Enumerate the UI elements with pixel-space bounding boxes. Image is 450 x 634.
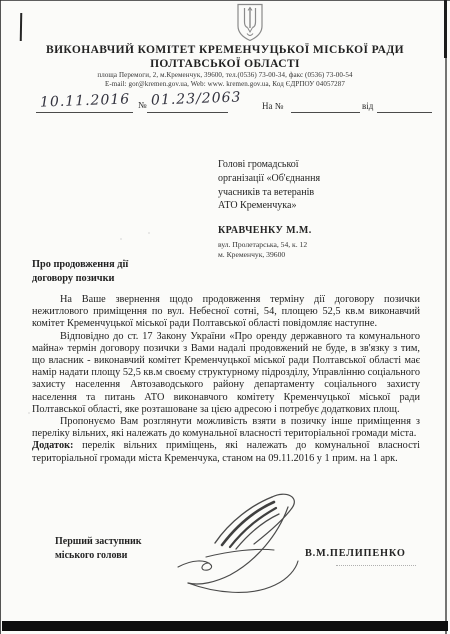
org-name-line2: ПОЛТАВСЬКОЇ ОБЛАСТІ bbox=[0, 57, 450, 71]
date-underline bbox=[36, 112, 133, 113]
incoming-number-blank-line bbox=[291, 112, 360, 113]
recipient-line: АТО Кременчука» bbox=[218, 199, 418, 213]
scan-edge-left bbox=[0, 0, 1, 634]
incoming-number-label: На № bbox=[262, 101, 283, 111]
scan-speckle bbox=[28, 412, 30, 414]
signer-title-line2: міського голови bbox=[55, 549, 142, 563]
attachment-paragraph: Додаток: перелік вільних приміщень, які … bbox=[32, 440, 420, 464]
handwritten-signature bbox=[160, 493, 320, 601]
recipient-address: вул. Пролетарська, 54, к. 12 м. Кременчу… bbox=[218, 240, 418, 260]
handwritten-date: 10.11.2016 bbox=[40, 91, 131, 110]
signer-name-dotted-line bbox=[336, 565, 416, 566]
recipient-block: Голові громадської організації «Об'єднан… bbox=[218, 158, 418, 260]
recipient-address-line1: вул. Пролетарська, 54, к. 12 bbox=[218, 240, 418, 250]
recipient-line: організації «Об'єднання bbox=[218, 172, 418, 186]
from-date-blank-line bbox=[377, 112, 432, 113]
attachment-label: Додаток: bbox=[32, 440, 73, 451]
body-paragraph-2: Відповідно до ст. 17 Закону України «Про… bbox=[32, 331, 420, 416]
subject-block: Про продовження дії договору позички bbox=[32, 258, 128, 286]
org-address-line: площа Перемоги, 2, м.Кременчук, 39600, т… bbox=[0, 71, 450, 80]
letter-body: На Ваше звернення щодо продовження термі… bbox=[32, 294, 420, 465]
recipient-line: Голові громадської bbox=[218, 158, 418, 172]
handwritten-outgoing-number: 01.23/2063 bbox=[151, 89, 242, 108]
org-contact-line: E-mail: gor@kremen.gov.ua, Web: www. kre… bbox=[0, 80, 450, 89]
scan-artifact-mark bbox=[20, 13, 22, 41]
number-sign-label: № bbox=[138, 100, 147, 110]
signer-name: В.М.ПЕЛИПЕНКО bbox=[305, 548, 406, 559]
org-name: ВИКОНАВЧИЙ КОМІТЕТ КРЕМЕНЧУЦЬКОЇ МІСЬКОЇ… bbox=[0, 43, 450, 71]
recipient-name: КРАВЧЕНКУ М.М. bbox=[218, 224, 418, 238]
body-paragraph-3: Пропонуємо Вам розглянути можливість взя… bbox=[32, 416, 420, 440]
scan-speckle bbox=[120, 238, 122, 240]
org-contacts: площа Перемоги, 2, м.Кременчук, 39600, т… bbox=[0, 71, 450, 88]
number-underline bbox=[147, 112, 228, 113]
signer-title: Перший заступник міського голови bbox=[55, 535, 142, 562]
ukraine-trident-emblem-icon bbox=[235, 3, 265, 42]
scanned-letter-page: ВИКОНАВЧИЙ КОМІТЕТ КРЕМЕНЧУЦЬКОЇ МІСЬКОЇ… bbox=[0, 0, 450, 634]
scan-edge-right bbox=[445, 0, 447, 634]
recipient-line: учасників та ветеранів bbox=[218, 186, 418, 200]
attachment-text: перелік вільних приміщень, які належать … bbox=[32, 440, 420, 463]
recipient-address-line2: м. Кременчук, 39600 bbox=[218, 250, 418, 260]
scan-edge-bottom bbox=[2, 621, 448, 631]
scan-edge-top bbox=[0, 0, 450, 1]
subject-line2: договору позички bbox=[32, 272, 128, 286]
signer-title-line1: Перший заступник bbox=[55, 535, 142, 549]
from-date-label: від bbox=[362, 101, 373, 111]
scan-speckle bbox=[148, 232, 150, 234]
subject-line1: Про продовження дії bbox=[32, 258, 128, 272]
org-name-line1: ВИКОНАВЧИЙ КОМІТЕТ КРЕМЕНЧУЦЬКОЇ МІСЬКОЇ… bbox=[0, 43, 450, 57]
body-paragraph-1: На Ваше звернення щодо продовження термі… bbox=[32, 294, 420, 331]
